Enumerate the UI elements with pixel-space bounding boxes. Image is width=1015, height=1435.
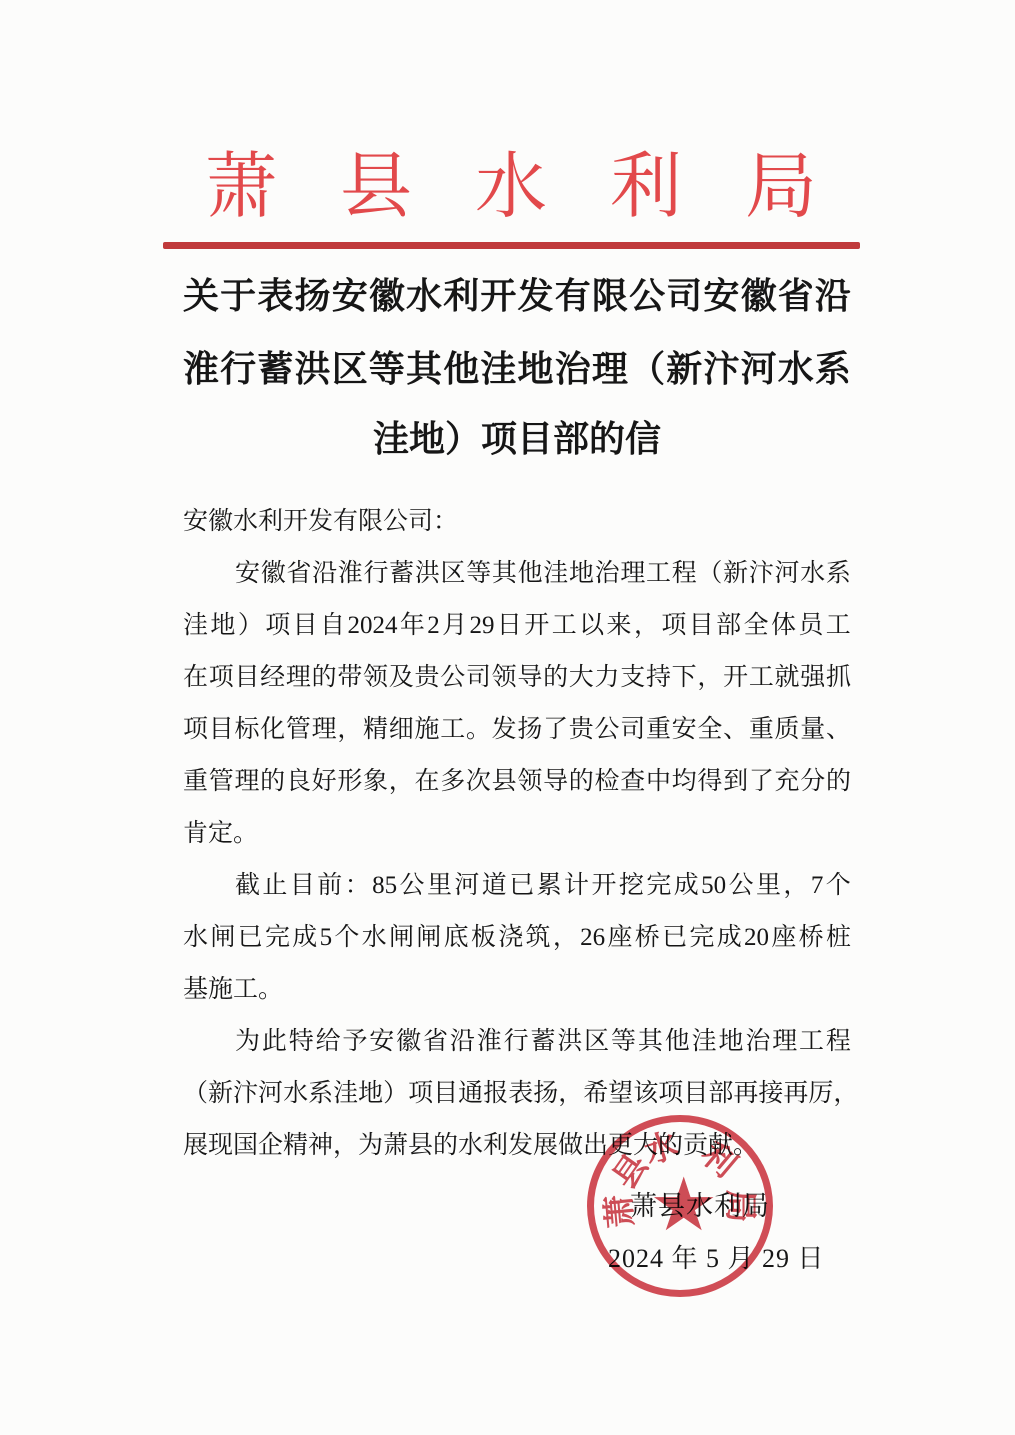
body-line: 基施工。: [183, 964, 851, 1016]
seal-char: 局: [720, 1190, 767, 1223]
body-line: 重管理的良好形象，在多次县领导的检查中均得到了充分的: [183, 756, 851, 808]
letterhead-divider: [163, 242, 860, 249]
body-line: 截止目前：85公里河道已累计开挖完成50公里，7个: [183, 860, 851, 912]
body-line: （新汴河水系洼地）项目通报表扬，希望该项目部再接再厉，: [183, 1068, 851, 1120]
body-line: 项目标化管理，精细施工。发扬了贵公司重安全、重质量、: [183, 704, 851, 756]
body-line: 为此特给予安徽省沿淮行蓄洪区等其他洼地治理工程: [183, 1016, 851, 1068]
title-line-2: 淮行蓄洪区等其他洼地治理（新汴河水系: [183, 330, 851, 403]
body-line: 洼地）项目自2024年2月29日开工以来，项目部全体员工: [183, 600, 851, 652]
letterhead-agency-title: 萧县水利局: [205, 134, 817, 226]
letter-body: 安徽水利开发有限公司： 安徽省沿淮行蓄洪区等其他洼地治理工程（新汴河水系 洼地）…: [183, 496, 851, 1172]
title-line-3: 洼地）项目部的信: [183, 403, 851, 476]
document-page: 萧县水利局 关于表扬安徽水利开发有限公司安徽省沿 淮行蓄洪区等其他洼地治理（新汴…: [0, 0, 1015, 1435]
title-line-1: 关于表扬安徽水利开发有限公司安徽省沿: [183, 257, 851, 330]
body-line: 安徽省沿淮行蓄洪区等其他洼地治理工程（新汴河水系: [183, 548, 851, 600]
body-line: 在项目经理的带领及贵公司领导的大力支持下，开工就强抓: [183, 652, 851, 704]
body-line: 肯定。: [183, 808, 851, 860]
body-line: 水闸已完成5个水闸闸底板浇筑，26座桥已完成20座桥桩: [183, 912, 851, 964]
document-title: 关于表扬安徽水利开发有限公司安徽省沿 淮行蓄洪区等其他洼地治理（新汴河水系 洼地…: [183, 257, 851, 476]
official-seal: 萧 县 水 利 局: [587, 1115, 773, 1297]
seal-char: 萧: [592, 1193, 642, 1230]
salutation: 安徽水利开发有限公司：: [183, 496, 851, 548]
